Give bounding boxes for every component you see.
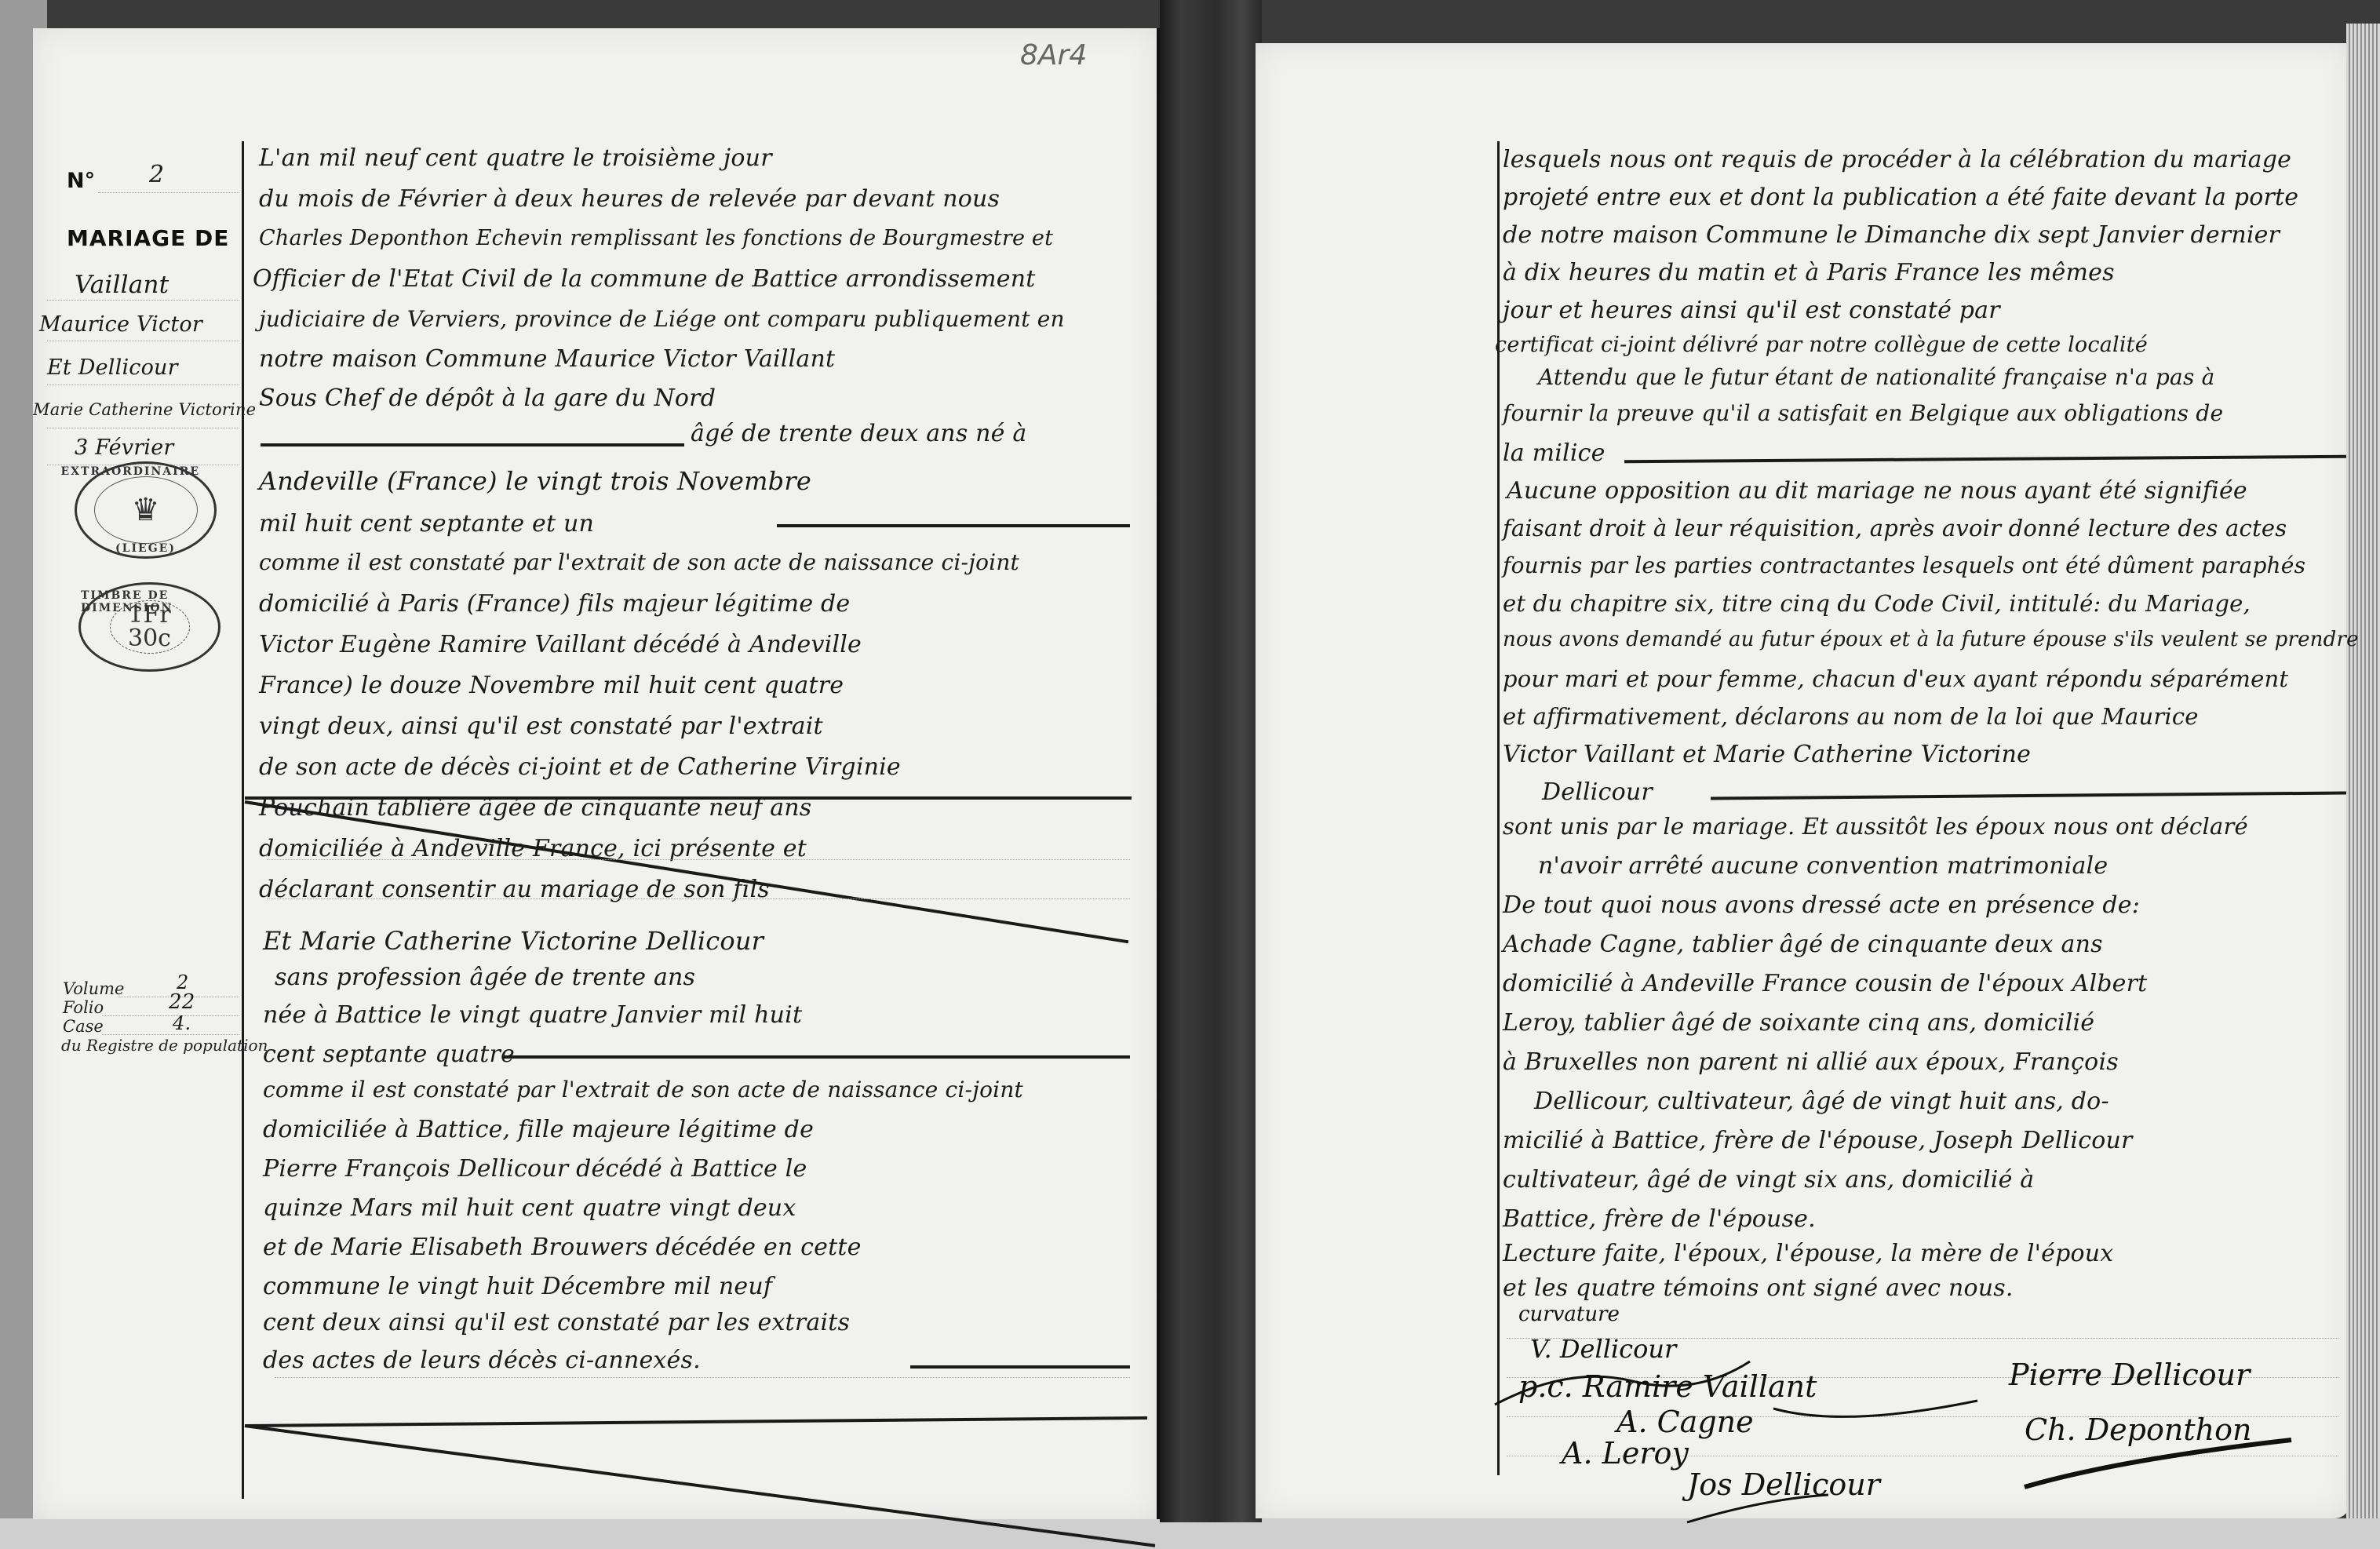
signature-flourishes	[0, 0, 2380, 1549]
